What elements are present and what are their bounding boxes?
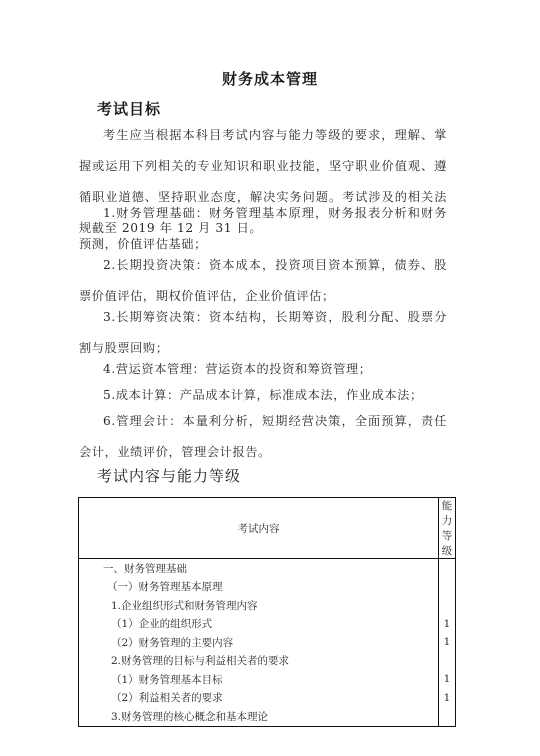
table-row: （1）财务管理基本目标 1 (79, 670, 456, 689)
row-level: 1 (439, 670, 456, 689)
row-content: 一、财务管理基础 (79, 559, 439, 578)
row-content: 3.财务管理的核心概念和基本理论 (79, 707, 439, 726)
row-level (439, 596, 456, 615)
row-level (439, 652, 456, 671)
section-heading-content-levels: 考试内容与能力等级 (97, 465, 241, 486)
row-level (439, 578, 456, 597)
row-content: （2）财务管理的主要内容 (79, 633, 439, 652)
table-row: 1.企业组织形式和财务管理内容 (79, 596, 456, 615)
header-level: 能力等级 (439, 498, 456, 559)
table-row: （1）企业的组织形式 1 (79, 615, 456, 634)
row-level (439, 559, 456, 578)
row-content: （1）财务管理基本目标 (79, 670, 439, 689)
row-content: 1.企业组织形式和财务管理内容 (79, 596, 439, 615)
row-content: （1）企业的组织形式 (79, 615, 439, 634)
content-level-table: 考试内容 能力等级 一、财务管理基础 （一）财务管理基本原理 1.企业组织形式和… (78, 497, 456, 727)
row-content: 2.财务管理的目标与利益相关者的要求 (79, 652, 439, 671)
table-row: 一、财务管理基础 (79, 559, 456, 578)
row-level: 1 (439, 689, 456, 708)
row-level: 1 (439, 615, 456, 634)
table-row: （2）利益相关者的要求 1 (79, 689, 456, 708)
table-row: 3.财务管理的核心概念和基本理论 (79, 707, 456, 726)
table-row: （一）财务管理基本原理 (79, 578, 456, 597)
section-heading-exam-objectives: 考试目标 (97, 98, 161, 119)
row-content: （2）利益相关者的要求 (79, 689, 439, 708)
row-content: （一）财务管理基本原理 (79, 578, 439, 597)
table-row: 2.财务管理的目标与利益相关者的要求 (79, 652, 456, 671)
row-level (439, 707, 456, 726)
row-level: 1 (439, 633, 456, 652)
table-header-row: 考试内容 能力等级 (79, 498, 456, 559)
objective-item-6: 6.管理会计：本量利分析，短期经营决策，全面预算，责任会计，业绩评价，管理会计报… (79, 406, 447, 468)
document-title: 财务成本管理 (0, 68, 540, 89)
table-row: （2）财务管理的主要内容 1 (79, 633, 456, 652)
header-content: 考试内容 (79, 498, 439, 559)
